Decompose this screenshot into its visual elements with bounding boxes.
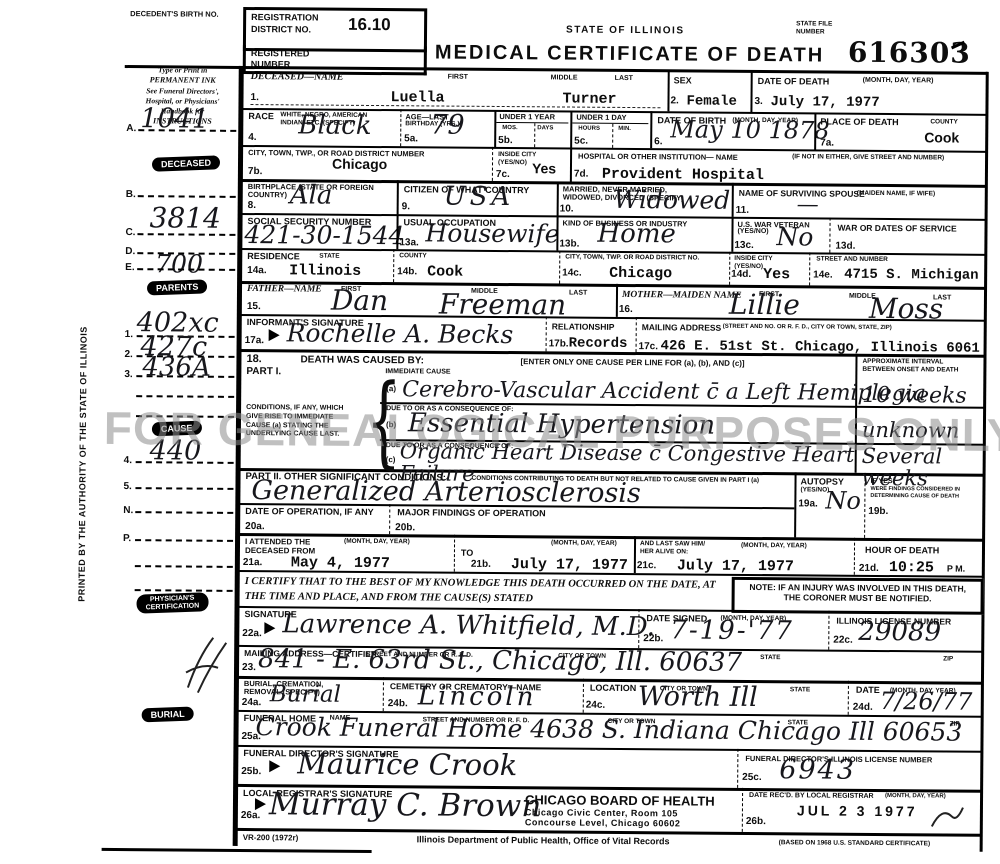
registrar-signature-value: Murray C. Brown — [269, 786, 542, 824]
date-of-death-value: July 17, 1977 — [770, 94, 879, 111]
field-num-10: 10. — [560, 203, 574, 214]
margin-number-2: 2. — [124, 349, 132, 360]
cemetery-value: Lincoln — [418, 681, 537, 712]
state-of-illinois-label: STATE OF ILLINOIS — [566, 25, 685, 37]
cell-divider — [546, 316, 547, 351]
autopsy-findings-label: IF YES, — [871, 478, 895, 485]
cell-divider — [389, 504, 390, 534]
attended-from-label: I ATTENDED THE — [245, 537, 310, 547]
veteran-label2: (YES/NO) — [737, 228, 768, 235]
field-num-14b: 14b. — [397, 266, 417, 277]
inside-city-value: Yes — [532, 160, 556, 176]
age-value: 79 — [430, 109, 465, 140]
last-saw-label2: HER ALIVE ON: — [640, 548, 688, 555]
cell-divider — [854, 538, 855, 575]
last-saw-sub: (MONTH, DAY, YEAR) — [741, 542, 807, 550]
registration-district-label2: DISTRICT NO. — [251, 24, 311, 34]
field-num-26a: 26a. — [241, 810, 261, 821]
funeral-home-value: Crook Funeral Home 4638 S. Indiana Chica… — [255, 712, 962, 747]
field-num-26b: 26b. — [746, 816, 766, 827]
cell-divider — [732, 183, 734, 217]
cell-divider — [393, 249, 394, 282]
cell-divider — [828, 611, 829, 650]
form-number: VR-200 (1972r) — [243, 833, 299, 842]
hour-meridiem-label: P M. — [947, 564, 965, 574]
city-town-value: Chicago — [332, 156, 387, 172]
father-last-label: LAST — [569, 290, 587, 297]
date-received-sub: (MONTH, DAY, YEAR) — [885, 793, 946, 799]
margin-dash-line — [135, 565, 233, 568]
decedent-birth-no-label: DECEDENT'S BIRTH NO. — [130, 9, 219, 19]
burial-value: Burial — [270, 681, 341, 708]
part2-value: Generalized Arteriosclerosis — [251, 475, 641, 509]
margin-scribble — [178, 617, 239, 697]
field-num-14a: 14a. — [247, 265, 267, 276]
field-num-8: 8. — [248, 200, 256, 211]
part1-label: PART I. — [246, 366, 281, 377]
certificate-sheet: PRINTED BY THE AUTHORITY OF THE STATE OF… — [0, 0, 1000, 864]
field-num-21a: 21a. — [243, 557, 263, 568]
cell-divider — [848, 681, 849, 715]
print-authority-text: PRINTED BY THE AUTHORITY OF THE STATE OF… — [77, 152, 91, 602]
cell-divider — [809, 252, 810, 285]
informant-signature-value: Rochelle A. Becks — [287, 318, 514, 349]
sex-label: SEX — [674, 75, 692, 85]
death-caused-by-label: DEATH WAS CAUSED BY: — [300, 354, 424, 366]
cause-brace: { — [366, 371, 402, 471]
attended-to-value: July 17, 1977 — [511, 556, 628, 574]
hour-of-death-label: HOUR OF DEATH — [865, 545, 939, 556]
field-num-5c: 5c. — [574, 136, 588, 147]
days-label: DAYS — [537, 125, 553, 131]
inside-city-label2: (YES/NO) — [498, 159, 527, 166]
autopsy-label: AUTOPSY — [800, 476, 843, 486]
signature-arrow-icon — [255, 798, 266, 810]
birthplace-label2: COUNTRY) — [248, 190, 287, 199]
place-of-death-label: PLACE OF DEATH — [820, 117, 898, 128]
residence-county-label: COUNTY — [399, 252, 427, 259]
signature-arrow-icon — [269, 760, 280, 772]
tab-parents: PARENTS — [147, 279, 208, 295]
margin-letter-p: P. — [123, 533, 131, 544]
cell-divider — [729, 252, 730, 285]
birthplace-value: Ala — [290, 180, 333, 210]
date-received-label: DATE REC'D. BY LOCAL REGISTRAR — [749, 792, 874, 800]
margin-dash-line — [137, 268, 235, 271]
signature-arrow-icon — [269, 329, 280, 341]
field-num-17b: 17b. — [549, 338, 569, 349]
date-of-death-label: DATE OF DEATH — [758, 76, 830, 87]
margin-number-5: 5. — [123, 481, 131, 492]
field-num-21b: 21b. — [471, 559, 491, 570]
margin-number-4: 4. — [124, 455, 132, 466]
margin-code-c: 3814 — [149, 201, 221, 235]
field-num-14e: 14e. — [813, 269, 833, 280]
field-num-2: 2. — [670, 95, 678, 106]
attended-to-label: TO — [461, 548, 473, 558]
margin-dash-line — [135, 511, 233, 514]
veteran-value: No — [776, 222, 813, 251]
cell-divider — [634, 536, 636, 573]
field-num-22b: 22b. — [643, 633, 663, 644]
director-signature-value: Maurice Crook — [297, 746, 517, 782]
field-num-24b: 24b. — [388, 698, 408, 709]
field-num-20b: 20b. — [395, 522, 415, 533]
field-num-24a: 24a. — [242, 697, 262, 708]
tab-certification-line: CERTIFICATION — [146, 602, 200, 612]
margin-letter-b: B. — [126, 189, 136, 200]
field-num-24c: 24c. — [586, 700, 606, 711]
field-num-15: 15. — [247, 301, 261, 312]
field-num-7d: 7d. — [574, 169, 589, 180]
cause-a-tag: (a) — [386, 384, 396, 393]
cell-divider — [583, 679, 584, 713]
residence-county-value: Cook — [427, 263, 463, 280]
license-number-value: 29089 — [858, 617, 941, 648]
cell-divider — [570, 111, 572, 148]
cell-divider — [400, 109, 401, 146]
certificate-title: MEDICAL CERTIFICATE OF DEATH — [435, 41, 824, 67]
field-num-13c: 13c. — [734, 240, 754, 251]
residence-inside-label: INSIDE CITY — [734, 255, 772, 262]
field-num-23: 23. — [242, 662, 256, 673]
autopsy-value: No — [825, 487, 861, 515]
cell-divider — [612, 124, 613, 148]
one-cause-per-line-note: [ENTER ONLY ONE CAUSE PER LINE FOR (a), … — [520, 357, 744, 368]
cell-divider — [454, 535, 455, 572]
under-1-year-label: UNDER 1 YEAR — [499, 112, 555, 121]
relationship-label: RELATIONSHIP — [552, 321, 615, 331]
mini-rule — [572, 123, 648, 125]
field-num-20a: 20a. — [245, 521, 265, 532]
field-num-7c: 7c. — [496, 169, 510, 180]
field-num-25c: 25c. — [742, 772, 762, 783]
approx-interval-label: APPROXIMATE INTERVAL — [862, 358, 943, 366]
margin-dash-line — [135, 487, 233, 490]
cell-divider — [570, 148, 572, 182]
burial-date-label: DATE — [856, 685, 880, 695]
registration-district-value: 16.10 — [348, 15, 391, 35]
cell-divider — [616, 284, 618, 317]
burial-date-value: 7/26/77 — [880, 687, 973, 716]
mother-first-value: Lillie — [729, 288, 800, 322]
name-last-value: Turner — [562, 90, 616, 107]
hours-label: HOURS — [578, 126, 600, 132]
certifier-signature-value: Lawrence A. Whitfield, M.D. — [282, 609, 655, 642]
field-num-5b: 5b. — [498, 135, 513, 146]
margin-number-1: 1. — [125, 329, 133, 340]
cell-divider — [814, 112, 816, 149]
county-label: COUNTY — [930, 118, 958, 125]
field-num-13d: 13d. — [835, 241, 855, 252]
field-num-19b: 19b. — [868, 506, 888, 517]
spouse-value: — — [797, 192, 819, 217]
cell-divider — [829, 218, 830, 253]
residence-inside-value: Yes — [763, 266, 790, 283]
min-label: MIN. — [618, 126, 631, 132]
father-first-value: Dan — [331, 284, 388, 317]
field-num-1: 1. — [250, 92, 258, 103]
field-num-16: 16. — [619, 304, 633, 315]
board-of-health-address2: Concourse Level, Chicago 60602 — [525, 817, 681, 828]
last-saw-label: AND LAST SAW HIM/ — [640, 540, 705, 548]
cause-a-interval: 10 weeks — [862, 383, 967, 409]
cell-divider — [396, 214, 398, 249]
margin-dash-line — [135, 589, 233, 592]
mailing-address-sub: (STREET AND NO. OR R. F. D., CITY OR TOW… — [723, 324, 892, 331]
tab-burial: BURIAL — [141, 706, 193, 722]
cell-divider — [559, 250, 560, 283]
father-last-value: Freeman — [439, 288, 566, 322]
mother-name-label: MOTHER—MAIDEN NAME — [622, 290, 742, 301]
field-num-3: 3. — [754, 96, 762, 107]
field-num-17a: 17a. — [245, 335, 265, 346]
ssn-value: 421-30-1544 — [244, 220, 404, 250]
date-signed-value: 7-19-'77 — [670, 615, 794, 646]
footer-based-on: (BASED ON 1968 U.S. STANDARD CERTIFICATE… — [779, 839, 931, 847]
tab-deceased: DECEASED — [152, 155, 220, 171]
death-certificate-scan: PRINTED BY THE AUTHORITY OF THE STATE OF… — [0, 0, 1000, 864]
spouse-sub-label: (MAIDEN NAME, IF WIFE) — [857, 190, 935, 198]
mother-last-value: Moss — [869, 292, 944, 326]
instr-line: PERMANENT INK — [127, 75, 239, 87]
state-file-number-label2: NUMBER — [796, 28, 825, 35]
date-of-birth-value: May 10 1878 — [670, 115, 830, 144]
approx-interval-label2: BETWEEN ONSET AND DEATH — [862, 366, 958, 374]
margin-letter-e: E. — [125, 262, 135, 273]
cell-divider — [750, 72, 752, 112]
cell-divider — [667, 71, 669, 111]
inside-city-label: INSIDE CITY — [498, 151, 536, 158]
field-num-13a: 13a. — [399, 237, 419, 248]
date-of-death-sub: (MONTH, DAY, YEAR) — [863, 77, 934, 85]
director-license-value: 6943 — [779, 754, 856, 786]
cell-divider — [636, 317, 637, 352]
occupation-value: Housewife — [425, 218, 559, 248]
tab-physicians-certification: PHYSICIAN'S CERTIFICATION — [136, 592, 208, 614]
race-value: Black — [298, 110, 371, 141]
residence-label: RESIDENCE — [247, 251, 300, 261]
field-num-21c: 21c. — [637, 560, 657, 571]
residence-state-value: Illinois — [289, 262, 361, 280]
field-num-5a: 5a. — [404, 133, 418, 144]
cause-c-tag: (c) — [386, 455, 396, 464]
margin-dash-line — [137, 233, 235, 236]
certifier-address-value: 841 - E. 63rd St., Chicago, Ill. 60637 — [258, 644, 742, 678]
cause-b-value: Essential Hypertension — [408, 408, 715, 440]
deceased-name-label: DECEASED—NAME — [251, 71, 344, 83]
cell-divider — [492, 147, 493, 181]
cell-divider — [638, 609, 639, 648]
field-num-17c: 17c. — [639, 341, 659, 352]
tab-cause: CAUSE — [152, 421, 202, 437]
field-num-4: 4. — [248, 132, 256, 143]
hospital-sub-label: (IF NOT IN EITHER, GIVE STREET AND NUMBE… — [792, 153, 944, 161]
business-value: Home — [597, 219, 676, 250]
cell-divider — [731, 217, 733, 252]
hour-of-death-value: 10:25 — [889, 559, 934, 576]
field-num-11: 11. — [736, 205, 749, 216]
scan-artifact-line — [102, 848, 372, 853]
location-value: Worth Ill — [638, 681, 758, 713]
cell-divider — [383, 677, 384, 711]
cause-b-tag: (b) — [386, 420, 396, 429]
citizen-value: USA — [444, 182, 515, 213]
margin-dash-line — [136, 415, 234, 418]
signature-arrow-icon — [264, 622, 275, 634]
cell-divider — [794, 472, 797, 537]
margin-letter-n: N. — [123, 505, 133, 516]
field-num-19a: 19a. — [798, 498, 818, 509]
margin-code-e: 700 — [155, 249, 203, 278]
attended-from-sub: (MONTH, DAY, YEAR) — [344, 538, 410, 546]
cell-divider — [742, 788, 743, 832]
cause-b-interval: unknown — [862, 418, 960, 443]
field-num-7b: 7b. — [248, 166, 263, 177]
field-num-6: 6. — [654, 136, 662, 147]
autopsy-findings-label2: WERE FINDINGS CONSIDERED IN DETERMINING … — [870, 486, 978, 501]
residence-city-value: Chicago — [609, 265, 672, 282]
operation-date-label: DATE OF OPERATION, IF ANY — [245, 506, 373, 517]
margin-dash-line — [138, 195, 236, 198]
cell-divider — [737, 749, 738, 788]
field-num-21d: 21d. — [859, 563, 879, 574]
race-label: RACE — [248, 111, 274, 121]
certifier-state-label: STATE — [760, 654, 780, 661]
last-saw-value: July 17, 1977 — [677, 557, 794, 575]
registration-district-label: REGISTRATION — [251, 12, 318, 23]
mos-label: MOS. — [502, 125, 517, 131]
hospital-label: HOSPITAL OR OTHER INSTITUTION— NAME — [578, 152, 738, 162]
certify-statement: I CERTIFY THAT TO THE BEST OF MY KNOWLED… — [245, 575, 723, 608]
residence-street-value: 4715 S. Michigan — [844, 267, 979, 284]
certifier-zip-label: ZIP — [943, 655, 953, 662]
attended-from-value: May 4, 1977 — [291, 554, 390, 572]
residence-city-label: CITY, TOWN, TWP. OR ROAD DISTRICT NO. — [565, 254, 699, 262]
registrar-initial-scribble — [927, 801, 967, 831]
mailing-address-label: MAILING ADDRESS — [642, 322, 722, 333]
date-received-stamp: JUL 2 3 1977 — [797, 802, 918, 819]
field-num-13b: 13b. — [559, 238, 579, 249]
field-num-9: 9. — [402, 201, 410, 212]
coroner-note-box: NOTE: IF AN INJURY WAS INVOLVED IN THIS … — [731, 577, 983, 615]
place-of-death-county-value: Cook — [924, 129, 959, 145]
relationship-value: Records — [569, 336, 628, 352]
cell-divider — [557, 181, 559, 215]
coroner-note-line: THE CORONER MUST BE NOTIFIED. — [735, 592, 981, 604]
cell-divider — [864, 473, 866, 538]
cell-divider — [534, 123, 535, 147]
attended-to-sub: (MONTH, DAY, YEAR) — [551, 539, 617, 547]
field-num-14c: 14c. — [562, 267, 582, 278]
field-num-14d: 14d. — [731, 269, 751, 280]
operation-findings-label: MAJOR FINDINGS OF OPERATION — [397, 507, 545, 518]
cell-divider — [650, 111, 652, 148]
residence-state-label: STATE — [319, 253, 339, 260]
margin-letter-c: C. — [125, 227, 135, 238]
registered-number-label: REGISTERED — [251, 48, 310, 58]
field-num-24d: 24d. — [853, 702, 873, 713]
form-right-border — [980, 72, 989, 852]
cell-divider — [556, 215, 558, 250]
field-num-22a: 22a. — [242, 628, 262, 639]
name-last-label: LAST — [615, 75, 633, 82]
form-left-border — [233, 66, 244, 846]
location-state-label: STATE — [790, 686, 810, 693]
cell-divider — [494, 110, 496, 147]
state-file-number-label: STATE FILE — [796, 20, 832, 27]
margin-letter-d: D. — [125, 246, 135, 257]
board-of-health-title: CHICAGO BOARD OF HEALTH — [525, 792, 715, 808]
cause-a-value: Cerebro-Vascular Accident c̄ a Left Hemi… — [402, 377, 926, 406]
conditions-note: CONDITIONS, IF ANY, WHICH GIVE RISE TO I… — [246, 404, 358, 440]
mini-rule — [496, 122, 568, 124]
name-first-label: FIRST — [448, 74, 468, 81]
marital-value: Widowed — [614, 185, 731, 215]
margin-code-3: 436A — [142, 352, 211, 383]
hospital-value: Provident Hospital — [602, 166, 764, 184]
war-dates-label: WAR OR DATES OF SERVICE — [837, 223, 956, 234]
field-num-25b: 25b. — [241, 766, 261, 777]
margin-number-3: 3. — [124, 369, 132, 380]
sex-value: Female — [686, 93, 737, 109]
margin-dash-line — [135, 539, 233, 542]
mailing-address-value: 426 E. 51st St. Chicago, Illinois 6061 — [661, 338, 980, 357]
footer-dept: Illinois Department of Public Health, Of… — [417, 834, 670, 846]
field-num-18: 18. — [246, 353, 261, 365]
field-num-22c: 22c. — [833, 635, 853, 646]
field-num-7a: 7a. — [820, 138, 834, 149]
under-1-day-label: UNDER 1 DAY — [576, 113, 626, 122]
state-file-number-value: 616303 — [848, 36, 971, 70]
location-label: LOCATION — [590, 683, 636, 693]
margin-dash-line — [136, 395, 234, 398]
residence-street-label: STREET AND NUMBER — [816, 255, 888, 263]
father-name-label: FATHER—NAME — [247, 284, 322, 295]
name-first-value: Luella — [390, 89, 444, 106]
margin-letter-a: A. — [126, 123, 136, 134]
cell-divider — [397, 180, 399, 214]
name-middle-label: MIDDLE — [551, 74, 578, 81]
